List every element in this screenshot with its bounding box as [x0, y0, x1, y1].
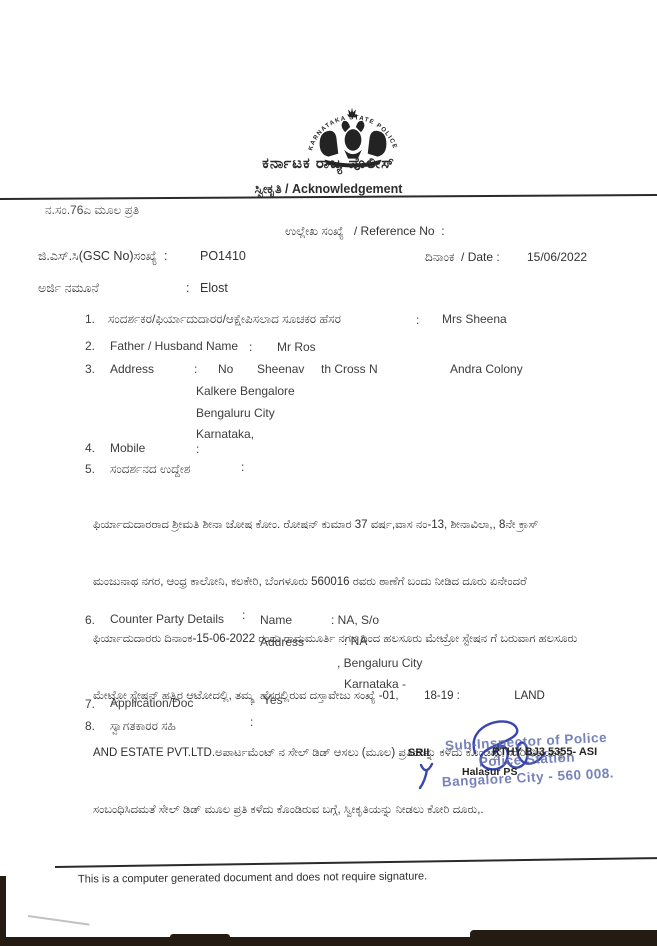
address-line1-no: No [218, 362, 233, 376]
address-line1-cross: th Cross N [321, 362, 378, 376]
date-value: 15/06/2022 [527, 250, 587, 264]
field4-colon: : [196, 442, 199, 456]
scan-edge-bottom-right [470, 930, 657, 946]
form-number: ನ.ಸಂ.76ಎ ಮೂಲ ಪ್ರತಿ [45, 203, 139, 218]
purpose-line: ಫಿರ್ಯಾದುದಾರರಾದ ಶ್ರೀಮತಿ ಶೀನಾ ಜೋಷ ಕೋಂ. ರೋಷ… [93, 515, 649, 536]
field8-colon: : [250, 715, 253, 729]
application-doc-value: Yes [263, 693, 283, 707]
field5-colon: : [241, 460, 244, 474]
footer-divider [55, 857, 657, 868]
field2-label: Father / Husband Name [110, 339, 238, 353]
field6-label: Counter Party Details [110, 612, 224, 626]
counterparty-address-label: Address [260, 635, 304, 649]
gsc-no-value: PO1410 [200, 249, 246, 263]
field2-colon: : [249, 340, 252, 354]
officer-name-right: RTHY BJ3 5355- ASI [492, 746, 597, 758]
field5-number: 5. [85, 462, 95, 476]
field7-label: Application/Doc [110, 696, 193, 710]
address-line2: Kalkere Bengalore [196, 384, 295, 398]
field4-label: Mobile [110, 441, 145, 455]
counterparty-name-value: : NA, S/o [331, 613, 379, 627]
counterparty-address-state: Karnataka - [344, 677, 406, 691]
field6-number: 6. [85, 613, 95, 627]
counterparty-address-value: : NA [344, 634, 367, 648]
father-husband-name-value: Mr Ros [277, 340, 316, 354]
field4-number: 4. [85, 441, 95, 455]
scan-edge-left [0, 876, 6, 946]
field1-label: ಸಂದರ್ಶಕರ/ಫಿರ್ಯಾದುದಾರರ/ಆಕ್ಷೇಪಿಸಲಾದ ಸೂಚಕರ … [108, 312, 341, 327]
application-form-colon: : [186, 281, 189, 295]
counterparty-name-label: Name [260, 613, 292, 627]
gsc-no-label: ಜಿ.ಎಸ್.ಸಿ(GSC No)ಸಂಖ್ಯೆ : [38, 249, 167, 264]
scan-smudge-mark [28, 915, 90, 926]
field8-label: ಸ್ವಾಗತಕಾರರ ಸಹಿ [110, 719, 176, 734]
application-form-value: Elost [200, 281, 228, 295]
officer-name-left: SRII [408, 747, 429, 759]
field5-label: ಸಂದರ್ಶನದ ಉದ್ದೇಶ [110, 462, 190, 477]
purpose-line: ಮಂಜುನಾಥ ನಗರ, ಆಂಧ್ರ ಕಾಲೋನಿ, ಕಲಕೇರಿ, ಬೆಂಗಳ… [93, 572, 649, 593]
police-station-name: Halasur PS [462, 766, 517, 778]
counterparty-address-city: , Bengaluru City [337, 656, 422, 670]
date-label: ದಿನಾಂಕ / Date : [425, 250, 500, 265]
karnataka-police-emblem-icon: KARNATAKA STATE POLICE [281, 82, 389, 154]
scan-edge-blob [170, 934, 230, 940]
reference-no-label: ಉಲ್ಲೇಖ ಸಂಖ್ಯೆ / Reference No : [285, 224, 445, 239]
address-line4: Karnataka, [196, 427, 254, 441]
field3-number: 3. [85, 362, 95, 376]
field1-colon: : [416, 313, 419, 327]
field8-number: 8. [85, 719, 95, 733]
footer-note: This is a computer generated document an… [78, 870, 427, 885]
org-title: ಕರ್ನಾಟಕ ರಾಜ್ಯ ಪೊಲೀಸ್ [0, 155, 657, 172]
field3-colon: : [194, 362, 197, 376]
scanned-acknowledgement-page: KARNATAKA STATE POLICE ಕರ್ನಾಟಕ ರಾಜ್ಯ ಪೊಲ… [0, 0, 657, 946]
complainant-name-value: Mrs Sheena [442, 312, 507, 326]
field2-number: 2. [85, 339, 95, 353]
application-form-label: ಅರ್ಜಿ ನಮೂನೆ [38, 281, 99, 296]
field6-colon: : [242, 608, 245, 622]
field3-label: Address [110, 362, 154, 376]
address-line3: Bengaluru City [196, 406, 275, 420]
purpose-line: ಫಿರ್ಯಾದುದಾರರು ದಿನಾಂಕ-15-06-2022 ರಂದು ರಾಮ… [93, 629, 649, 650]
purpose-line: ಸಂಬಂಧಿಸಿದಮತೆ ಸೇಲ್ ಡಿಡ್ ಮೂಲ ಪ್ರತಿ ಕಳೆದು ಕ… [93, 800, 649, 821]
field7-colon: : [250, 694, 253, 708]
address-line1-colony: Andra Colony [450, 362, 523, 376]
field7-number: 7. [85, 697, 95, 711]
address-line1-name: Sheenav [257, 362, 304, 376]
field1-number: 1. [85, 312, 95, 326]
